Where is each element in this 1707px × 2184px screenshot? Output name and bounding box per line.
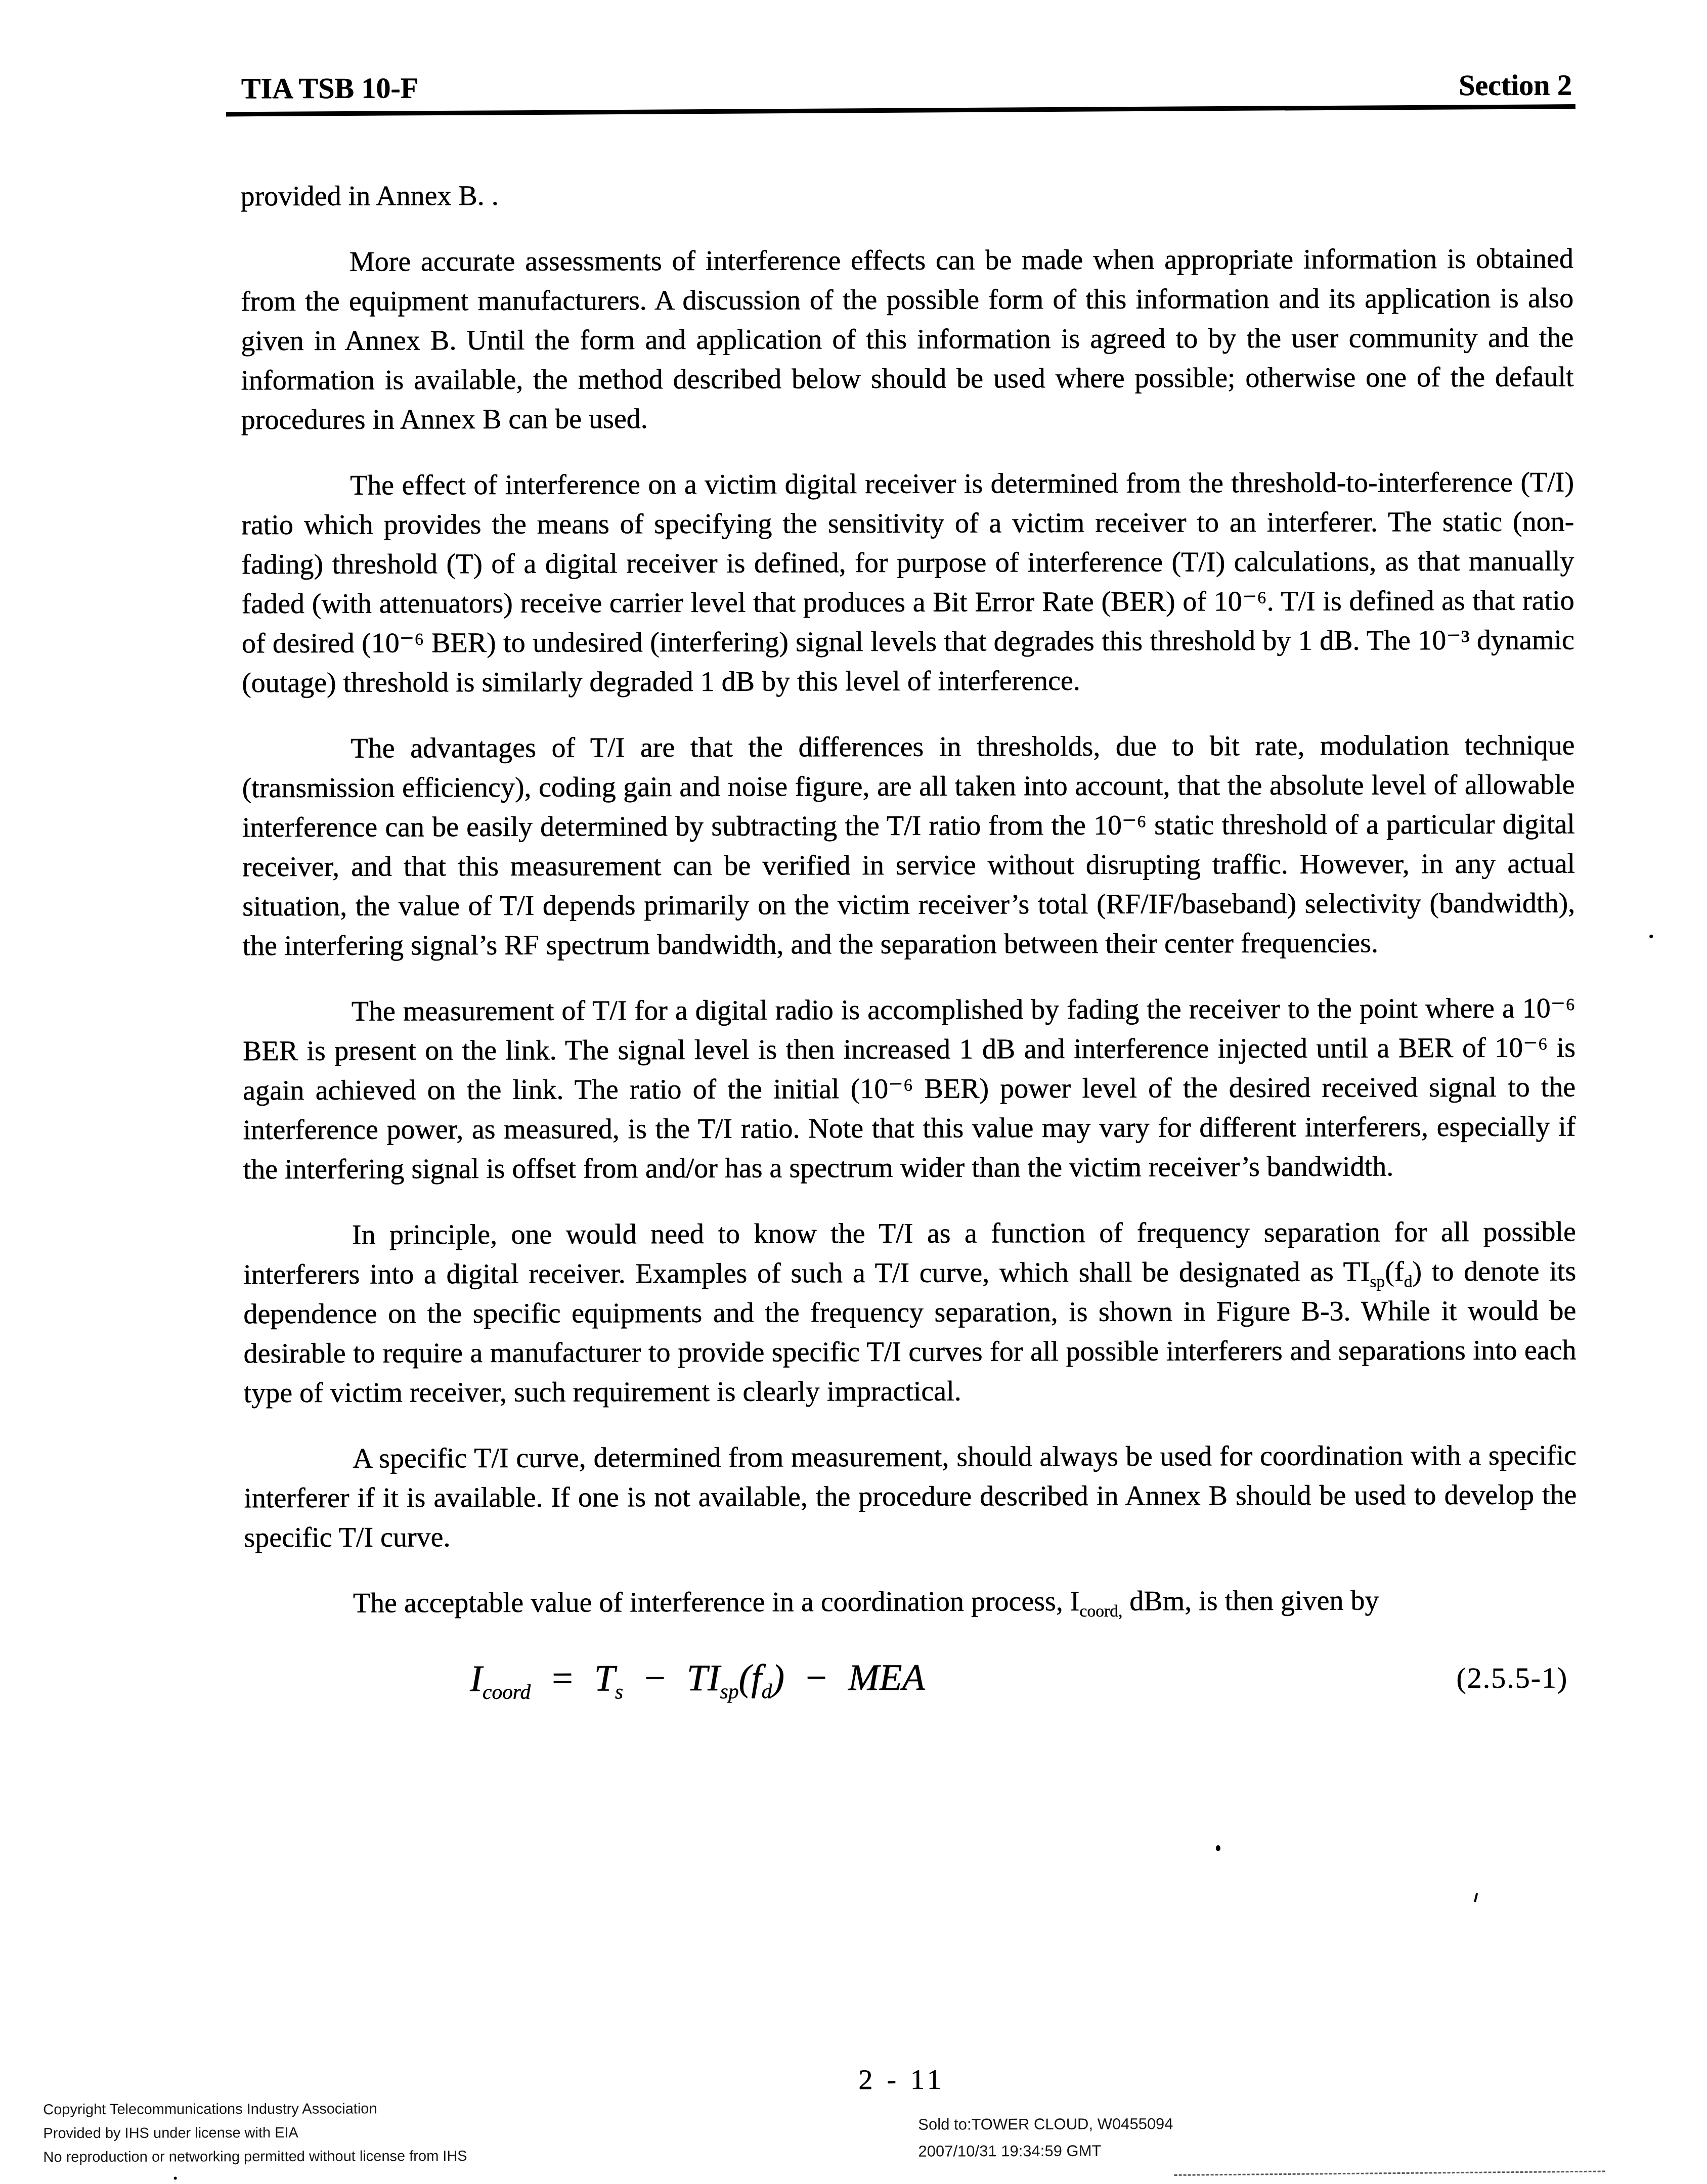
- footer-timestamp-line: 2007/10/31 19:34:59 GMT: [918, 2137, 1173, 2164]
- equals-sign: =: [552, 1655, 573, 1701]
- section-label: Section 2: [1459, 68, 1572, 102]
- minus-sign-2: −: [806, 1655, 827, 1700]
- paragraph-continuation: provided in Annex B. .: [240, 173, 1573, 216]
- eq-threshold-subscript: s: [615, 1680, 623, 1703]
- paragraph-5-text-2: (f: [1385, 1256, 1404, 1287]
- page-number: 2 - 11: [858, 2064, 945, 2096]
- paragraph-7-text-1: The acceptable value of interference in …: [353, 1586, 1080, 1619]
- eq-f-subscript: d: [761, 1679, 772, 1702]
- eq-ti-symbol: TI: [686, 1657, 720, 1699]
- paragraph-1: More accurate assessments of interferenc…: [241, 239, 1574, 440]
- paragraph-5: In principle, one would need to know the…: [243, 1212, 1577, 1413]
- eq-ti-subscript: sp: [720, 1679, 738, 1702]
- page-header: TIA TSB 10-F Section 2: [241, 68, 1572, 105]
- footer-license-block: Copyright Telecommunications Industry As…: [43, 2097, 467, 2169]
- document-body: provided in Annex B. . More accurate ass…: [240, 173, 1577, 1702]
- eq-f-close: ): [772, 1657, 784, 1698]
- eq-mea-symbol: MEA: [848, 1657, 925, 1698]
- scan-artifact-dot: [174, 2177, 177, 2180]
- document-id: TIA TSB 10-F: [241, 71, 418, 105]
- scan-artifact-dashed-line: [1174, 2171, 1605, 2176]
- paragraph-2: The effect of interference on a victim d…: [241, 462, 1574, 703]
- eq-lhs-subscript: coord: [483, 1680, 531, 1703]
- paragraph-6: A specific T/I curve, determined from me…: [244, 1435, 1577, 1557]
- footer-sold-to-line: Sold to:TOWER CLOUD, W0455094: [918, 2110, 1173, 2137]
- footer-sale-block: Sold to:TOWER CLOUD, W0455094 2007/10/31…: [918, 2110, 1173, 2164]
- subscript-d: d: [1404, 1272, 1412, 1291]
- paragraph-7: The acceptable value of interference in …: [244, 1580, 1577, 1623]
- eq-threshold-symbol: T: [594, 1657, 615, 1699]
- equation-number: (2.5.5-1): [1456, 1655, 1568, 1701]
- paragraph-3: The advantages of T/I are that the diffe…: [242, 725, 1575, 966]
- scanned-document-page: TIA TSB 10-F Section 2 provided in Annex…: [0, 0, 1707, 2184]
- footer-no-reproduction-line: No reproduction or networking permitted …: [43, 2145, 467, 2169]
- eq-f-open: (f: [738, 1657, 761, 1698]
- equation-expression: Icoord=Ts−TIsp(fd)−MEA: [470, 1657, 925, 1699]
- footer-provided-by-line: Provided by IHS under license with EIA: [43, 2121, 467, 2146]
- subscript-sp: sp: [1370, 1272, 1385, 1291]
- minus-sign-1: −: [644, 1655, 666, 1701]
- subscript-coord: coord,: [1079, 1602, 1122, 1621]
- paragraph-7-text-2: dBm, is then given by: [1122, 1585, 1379, 1617]
- header-rule: [226, 104, 1575, 116]
- eq-lhs-symbol: I: [470, 1658, 483, 1699]
- footer-copyright-line: Copyright Telecommunications Industry As…: [43, 2097, 467, 2122]
- paragraph-4: The measurement of T/I for a digital rad…: [242, 988, 1575, 1189]
- scan-artifact-tick: [1474, 1893, 1478, 1902]
- scan-artifact-dot: [1216, 1845, 1220, 1851]
- scan-tilt-wrapper: TIA TSB 10-F Section 2 provided in Annex…: [0, 0, 1707, 2184]
- scan-artifact-dot: [1649, 935, 1653, 938]
- equation: Icoord=Ts−TIsp(fd)−MEA (2.5.5-1): [244, 1653, 1577, 1702]
